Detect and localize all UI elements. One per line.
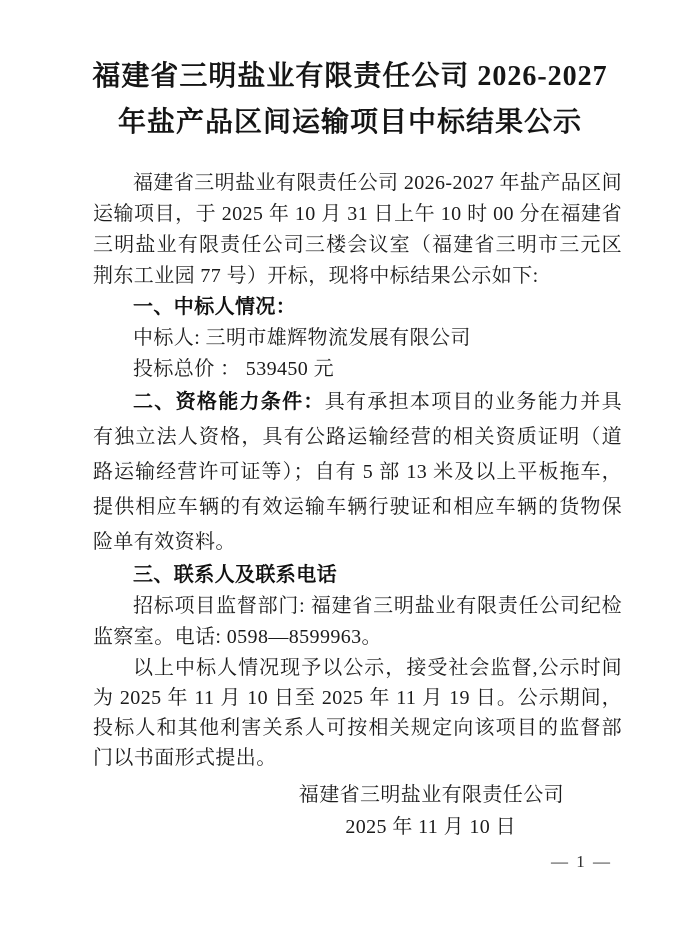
winner-line: 中标人: 三明市雄辉物流发展有限公司	[93, 323, 622, 354]
signature-company: 福建省三明盐业有限责任公司	[93, 779, 622, 811]
document-body: 福建省三明盐业有限责任公司 2026-2027 年盐产品区间运输项目，于 202…	[93, 168, 622, 843]
section2-body: 具有承担本项目的业务能力并具有独立法人资格，具有公路运输经营的相关资质证明（道路…	[93, 391, 622, 553]
closing-paragraph: 以上中标人情况现予以公示，接受社会监督,公示时间为 2025 年 11 月 10…	[93, 653, 622, 773]
page-number: — 1 —	[551, 852, 612, 872]
contact-line: 招标项目监督部门: 福建省三明盐业有限责任公司纪检监察室。电话: 0598—85…	[93, 591, 622, 653]
section2-heading: 二、资格能力条件：	[133, 391, 325, 413]
section3-heading: 三、联系人及联系电话	[93, 560, 622, 591]
signature-date: 2025 年 11 月 10 日	[93, 811, 622, 843]
document-title-line1: 福建省三明盐业有限责任公司 2026-2027	[0, 54, 700, 100]
bid-price-line: 投标总价 ： 539450 元	[93, 354, 622, 385]
document-page: 福建省三明盐业有限责任公司 2026-2027 年盐产品区间运输项目中标结果公示…	[0, 0, 700, 932]
section2-paragraph: 二、资格能力条件：具有承担本项目的业务能力并具有独立法人资格，具有公路运输经营的…	[93, 385, 622, 560]
intro-paragraph: 福建省三明盐业有限责任公司 2026-2027 年盐产品区间运输项目，于 202…	[93, 168, 622, 292]
section1-heading: 一、中标人情况：	[93, 292, 622, 323]
document-title-line2: 年盐产品区间运输项目中标结果公示	[0, 100, 700, 146]
document-title: 福建省三明盐业有限责任公司 2026-2027 年盐产品区间运输项目中标结果公示	[0, 0, 700, 146]
